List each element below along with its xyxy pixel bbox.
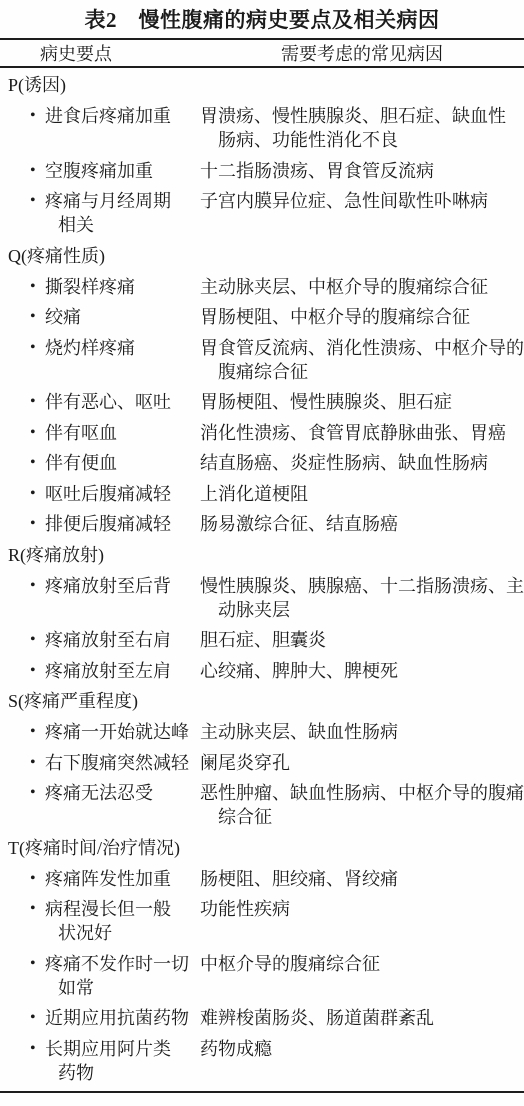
- section-label: Q(疼痛性质): [0, 244, 524, 268]
- bullet-icon: •: [30, 897, 36, 921]
- table-row: •疼痛放射至后背慢性胰腺炎、胰腺癌、十二指肠溃疡、主 动脉夹层: [0, 574, 524, 622]
- history-point: 空腹疼痛加重: [45, 161, 153, 181]
- table-row: •绞痛胃肠梗阻、中枢介导的腹痛综合征: [0, 305, 524, 329]
- bullet-icon: •: [30, 159, 36, 183]
- bullet-icon: •: [30, 275, 36, 299]
- table-row: •疼痛放射至左肩心绞痛、脾肿大、脾梗死: [0, 659, 524, 683]
- bullet-icon: •: [30, 336, 36, 360]
- history-point: 疼痛阵发性加重: [45, 869, 171, 889]
- table-bottom-rule: [0, 1091, 524, 1093]
- history-point: 撕裂样疼痛: [45, 277, 135, 297]
- history-point: 伴有恶心、呕吐: [45, 392, 171, 412]
- table-row: •伴有呕血消化性溃疡、食管胃底静脉曲张、胃癌: [0, 421, 524, 445]
- history-point-cell: •疼痛放射至右肩: [0, 628, 200, 652]
- table-row: •撕裂样疼痛主动脉夹层、中枢介导的腹痛综合征: [0, 275, 524, 299]
- table-row: •疼痛放射至右肩胆石症、胆囊炎: [0, 628, 524, 652]
- table-row: •近期应用抗菌药物难辨梭菌肠炎、肠道菌群紊乱: [0, 1006, 524, 1030]
- bullet-icon: •: [30, 781, 36, 805]
- causes-text: 主动脉夹层、中枢介导的腹痛综合征: [200, 275, 524, 299]
- history-point: 疼痛无法忍受: [45, 783, 153, 803]
- causes-text: 子宫内膜异位症、急性间歇性卟啉病: [200, 189, 524, 237]
- table-row: •进食后疼痛加重胃溃疡、慢性胰腺炎、胆石症、缺血性 肠病、功能性消化不良: [0, 104, 524, 152]
- history-point-cell: •进食后疼痛加重: [0, 104, 200, 152]
- table-header-row: 病史要点 需要考虑的常见病因: [0, 40, 524, 68]
- history-point-cell: •伴有便血: [0, 451, 200, 475]
- bullet-icon: •: [30, 1006, 36, 1030]
- section-label: T(疼痛时间/治疗情况): [0, 836, 524, 860]
- history-point: 疼痛一开始就达峰: [45, 722, 189, 742]
- history-point: 进食后疼痛加重: [45, 106, 171, 126]
- history-point: 烧灼样疼痛: [45, 338, 135, 358]
- history-point-cell: •排便后腹痛减轻: [0, 512, 200, 536]
- causes-text: 阑尾炎穿孔: [200, 751, 524, 775]
- history-point-cell: •伴有恶心、呕吐: [0, 390, 200, 414]
- bullet-icon: •: [30, 305, 36, 329]
- causes-text: 肠易激综合征、结直肠癌: [200, 512, 524, 536]
- causes-text: 心绞痛、脾肿大、脾梗死: [200, 659, 524, 683]
- history-point: 呕吐后腹痛减轻: [45, 484, 171, 504]
- history-point-cell: •疼痛与月经周期 相关: [0, 189, 200, 237]
- table-row: •病程漫长但一般 状况好功能性疾病: [0, 897, 524, 945]
- bullet-icon: •: [30, 751, 36, 775]
- history-point-cell: •撕裂样疼痛: [0, 275, 200, 299]
- table-row: •右下腹痛突然减轻阑尾炎穿孔: [0, 751, 524, 775]
- bullet-icon: •: [30, 1037, 36, 1061]
- causes-text: 胃溃疡、慢性胰腺炎、胆石症、缺血性 肠病、功能性消化不良: [200, 104, 524, 152]
- history-point: 疼痛放射至后背: [45, 576, 171, 596]
- history-point-cell: •疼痛放射至左肩: [0, 659, 200, 683]
- table-row: •排便后腹痛减轻肠易激综合征、结直肠癌: [0, 512, 524, 536]
- causes-text: 胃肠梗阻、中枢介导的腹痛综合征: [200, 305, 524, 329]
- history-point-cell: •疼痛一开始就达峰: [0, 720, 200, 744]
- section-label: R(疼痛放射): [0, 543, 524, 567]
- table-page: 表2 慢性腹痛的病史要点及相关病因 病史要点 需要考虑的常见病因 P(诱因)•进…: [0, 0, 524, 1106]
- bullet-icon: •: [30, 867, 36, 891]
- table-row: •空腹疼痛加重十二指肠溃疡、胃食管反流病: [0, 159, 524, 183]
- history-point-cell: •疼痛不发作时一切 如常: [0, 952, 200, 1000]
- causes-text: 药物成瘾: [200, 1037, 524, 1085]
- history-point-cell: •疼痛阵发性加重: [0, 867, 200, 891]
- section-label: P(诱因): [0, 73, 524, 97]
- history-point: 长期应用阿片类 药物: [45, 1039, 171, 1083]
- history-point-cell: •伴有呕血: [0, 421, 200, 445]
- causes-text: 难辨梭菌肠炎、肠道菌群紊乱: [200, 1006, 524, 1030]
- causes-text: 功能性疾病: [200, 897, 524, 945]
- bullet-icon: •: [30, 482, 36, 506]
- table-row: •长期应用阿片类 药物药物成瘾: [0, 1037, 524, 1085]
- table-row: •伴有便血结直肠癌、炎症性肠病、缺血性肠病: [0, 451, 524, 475]
- column-header-causes: 需要考虑的常见病因: [200, 40, 524, 66]
- history-point: 疼痛与月经周期 相关: [45, 191, 171, 235]
- table-row: •呕吐后腹痛减轻上消化道梗阻: [0, 482, 524, 506]
- bullet-icon: •: [30, 952, 36, 976]
- history-point-cell: •空腹疼痛加重: [0, 159, 200, 183]
- history-point: 病程漫长但一般 状况好: [45, 899, 171, 943]
- table-row: •疼痛不发作时一切 如常中枢介导的腹痛综合征: [0, 952, 524, 1000]
- history-point-cell: •病程漫长但一般 状况好: [0, 897, 200, 945]
- history-point: 排便后腹痛减轻: [45, 514, 171, 534]
- table-row: •伴有恶心、呕吐胃肠梗阻、慢性胰腺炎、胆石症: [0, 390, 524, 414]
- bullet-icon: •: [30, 659, 36, 683]
- bullet-icon: •: [30, 451, 36, 475]
- history-point: 疼痛不发作时一切 如常: [45, 954, 189, 998]
- causes-text: 胃肠梗阻、慢性胰腺炎、胆石症: [200, 390, 524, 414]
- history-point-cell: •烧灼样疼痛: [0, 336, 200, 384]
- column-header-history: 病史要点: [0, 40, 200, 66]
- causes-text: 十二指肠溃疡、胃食管反流病: [200, 159, 524, 183]
- table-row: •烧灼样疼痛胃食管反流病、消化性溃疡、中枢介导的 腹痛综合征: [0, 336, 524, 384]
- bullet-icon: •: [30, 390, 36, 414]
- causes-text: 消化性溃疡、食管胃底静脉曲张、胃癌: [200, 421, 524, 445]
- bullet-icon: •: [30, 720, 36, 744]
- bullet-icon: •: [30, 628, 36, 652]
- table-body: P(诱因)•进食后疼痛加重胃溃疡、慢性胰腺炎、胆石症、缺血性 肠病、功能性消化不…: [0, 68, 524, 1085]
- history-point-cell: •疼痛无法忍受: [0, 781, 200, 829]
- table-row: •疼痛阵发性加重肠梗阻、胆绞痛、肾绞痛: [0, 867, 524, 891]
- causes-text: 主动脉夹层、缺血性肠病: [200, 720, 524, 744]
- causes-text: 胃食管反流病、消化性溃疡、中枢介导的 腹痛综合征: [200, 336, 524, 384]
- history-point: 疼痛放射至左肩: [45, 661, 171, 681]
- table-row: •疼痛无法忍受恶性肿瘤、缺血性肠病、中枢介导的腹痛 综合征: [0, 781, 524, 829]
- history-point-cell: •右下腹痛突然减轻: [0, 751, 200, 775]
- causes-text: 慢性胰腺炎、胰腺癌、十二指肠溃疡、主 动脉夹层: [200, 574, 524, 622]
- history-point: 右下腹痛突然减轻: [45, 753, 189, 773]
- bullet-icon: •: [30, 512, 36, 536]
- history-point: 近期应用抗菌药物: [45, 1008, 189, 1028]
- causes-text: 上消化道梗阻: [200, 482, 524, 506]
- history-point-cell: •近期应用抗菌药物: [0, 1006, 200, 1030]
- history-point-cell: •长期应用阿片类 药物: [0, 1037, 200, 1085]
- bullet-icon: •: [30, 421, 36, 445]
- table-row: •疼痛与月经周期 相关子宫内膜异位症、急性间歇性卟啉病: [0, 189, 524, 237]
- causes-text: 恶性肿瘤、缺血性肠病、中枢介导的腹痛 综合征: [200, 781, 524, 829]
- table-row: •疼痛一开始就达峰主动脉夹层、缺血性肠病: [0, 720, 524, 744]
- history-point: 伴有便血: [45, 453, 117, 473]
- bullet-icon: •: [30, 189, 36, 213]
- section-label: S(疼痛严重程度): [0, 689, 524, 713]
- history-point-cell: •绞痛: [0, 305, 200, 329]
- causes-text: 结直肠癌、炎症性肠病、缺血性肠病: [200, 451, 524, 475]
- history-point-cell: •呕吐后腹痛减轻: [0, 482, 200, 506]
- bullet-icon: •: [30, 104, 36, 128]
- history-point-cell: •疼痛放射至后背: [0, 574, 200, 622]
- history-point: 绞痛: [45, 307, 81, 327]
- causes-text: 肠梗阻、胆绞痛、肾绞痛: [200, 867, 524, 891]
- history-point: 疼痛放射至右肩: [45, 630, 171, 650]
- history-point: 伴有呕血: [45, 423, 117, 443]
- causes-text: 中枢介导的腹痛综合征: [200, 952, 524, 1000]
- bullet-icon: •: [30, 574, 36, 598]
- page-title: 表2 慢性腹痛的病史要点及相关病因: [0, 0, 524, 40]
- causes-text: 胆石症、胆囊炎: [200, 628, 524, 652]
